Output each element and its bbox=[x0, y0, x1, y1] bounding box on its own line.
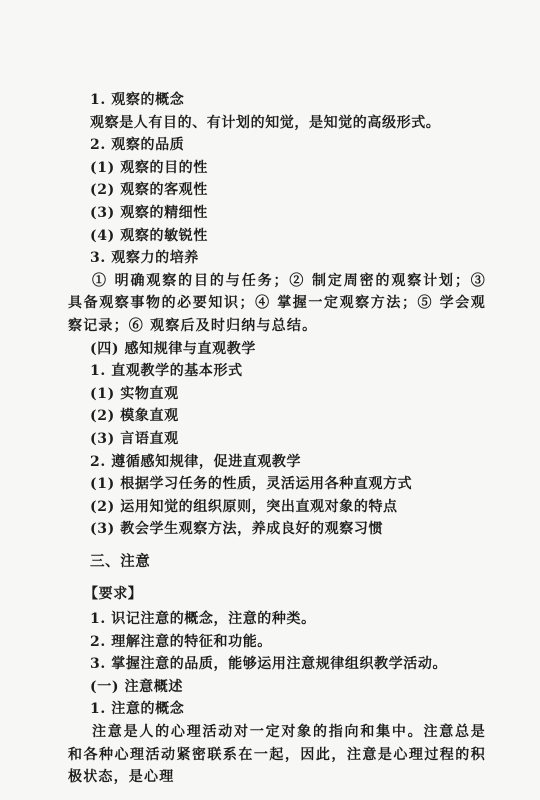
text-observation-definition: 观察是人有目的、有计划的知觉，是知觉的高级形式。 bbox=[68, 112, 488, 135]
list-item: (2) 运用知觉的组织原则，突出直观对象的特点 bbox=[68, 496, 488, 519]
subheading-attention-overview: (一) 注意概述 bbox=[68, 676, 488, 699]
subheading-observation-concept: 1. 观察的概念 bbox=[68, 89, 488, 112]
list-item: (3) 言语直观 bbox=[68, 428, 488, 451]
section-heading-attention: 三、注意 bbox=[68, 551, 488, 574]
list-item: (1) 观察的目的性 bbox=[68, 157, 488, 180]
requirement-item: 3. 掌握注意的品质，能够运用注意规律组织教学活动。 bbox=[68, 653, 488, 676]
subheading-attention-concept: 1. 注意的概念 bbox=[68, 698, 488, 721]
list-item: (2) 模象直观 bbox=[68, 405, 488, 428]
list-item: (2) 观察的客观性 bbox=[68, 179, 488, 202]
subheading-follow-perception-laws: 2. 遵循感知规律，促进直观教学 bbox=[68, 451, 488, 474]
requirements-label: 【要求】 bbox=[68, 583, 488, 606]
list-item: (3) 教会学生观察方法，养成良好的观察习惯 bbox=[68, 518, 488, 541]
list-item: (3) 观察的精细性 bbox=[68, 202, 488, 225]
subheading-observation-qualities: 2. 观察的品质 bbox=[68, 134, 488, 157]
requirement-item: 1. 识记注意的概念，注意的种类。 bbox=[68, 608, 488, 631]
list-item: (1) 实物直观 bbox=[68, 383, 488, 406]
section-perception-teaching: (四) 感知规律与直观教学 bbox=[68, 338, 488, 361]
paragraph-attention-definition: 注意是人的心理活动对一定对象的指向和集中。注意总是和各种心理活动紧密联系在一起，… bbox=[68, 721, 486, 789]
list-item: (4) 观察的敏锐性 bbox=[68, 225, 488, 248]
subheading-intuitive-forms: 1. 直观教学的基本形式 bbox=[68, 360, 488, 383]
subheading-observation-cultivation: 3. 观察力的培养 bbox=[68, 247, 488, 270]
document-page: 1. 观察的概念 观察是人有目的、有计划的知觉，是知觉的高级形式。 2. 观察的… bbox=[68, 89, 488, 789]
list-item: (1) 根据学习任务的性质，灵活运用各种直观方式 bbox=[68, 473, 488, 496]
requirement-item: 2. 理解注意的特征和功能。 bbox=[68, 631, 488, 654]
paragraph-observation-steps: ① 明确观察的目的与任务；② 制定周密的观察计划；③ 具备观察事物的必要知识；④… bbox=[68, 270, 486, 338]
